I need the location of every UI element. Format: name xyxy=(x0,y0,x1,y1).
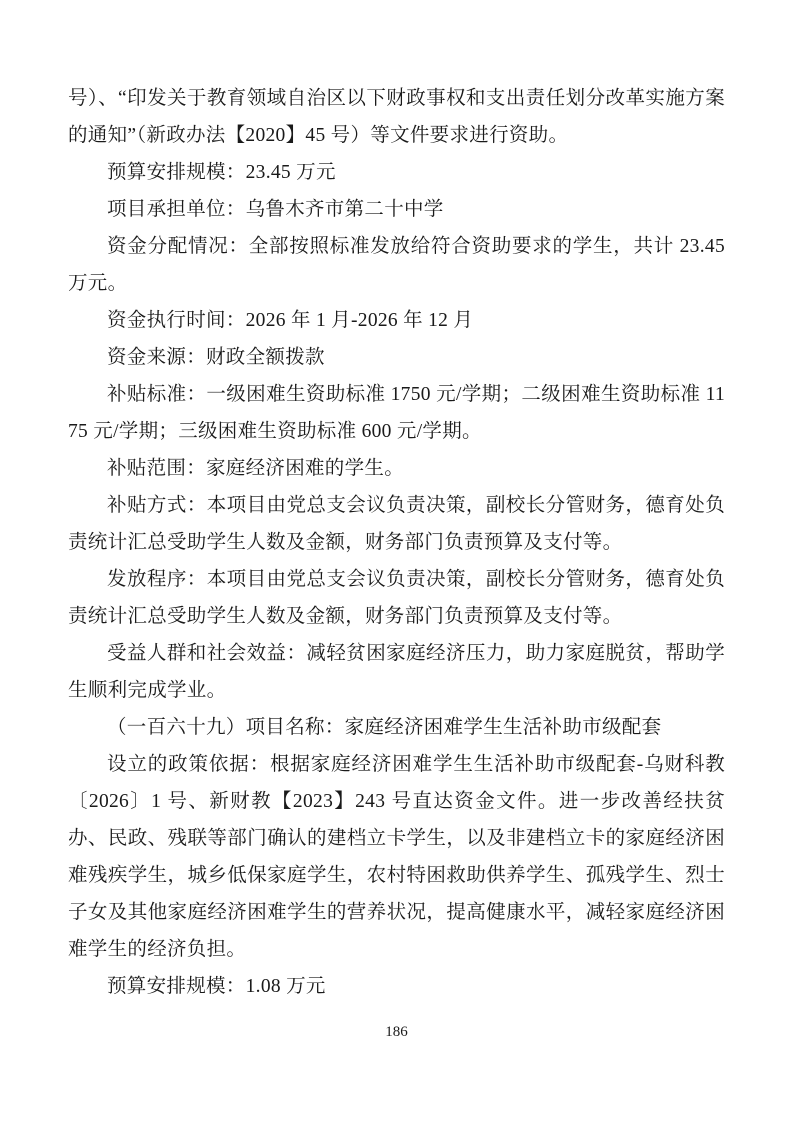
para-subsidy-standard: 补贴标准：一级困难生资助标准 1750 元/学期；二级困难生资助标准 1175 … xyxy=(68,376,725,450)
para-beneficiaries-social-benefit: 受益人群和社会效益：减轻贫困家庭经济压力，助力家庭脱贫，帮助学生顺利完成学业。 xyxy=(68,635,725,709)
para-policy-docs-continuation: 号）、“印发关于教育领域自治区以下财政事权和支出责任划分改革实施方案的通知”（新… xyxy=(68,80,725,154)
para-subsidy-scope: 补贴范围：家庭经济困难的学生。 xyxy=(68,450,725,487)
document-body: 号）、“印发关于教育领域自治区以下财政事权和支出责任划分改革实施方案的通知”（新… xyxy=(68,80,725,1005)
document-page: 号）、“印发关于教育领域自治区以下财政事权和支出责任划分改革实施方案的通知”（新… xyxy=(0,0,793,1122)
para-project-169-name: （一百六十九）项目名称：家庭经济困难学生生活补助市级配套 xyxy=(68,709,725,746)
para-fund-execution-time: 资金执行时间：2026 年 1 月-2026 年 12 月 xyxy=(68,302,725,339)
para-fund-allocation: 资金分配情况：全部按照标准发放给符合资助要求的学生，共计 23.45 万元。 xyxy=(68,228,725,302)
para-fund-source: 资金来源：财政全额拨款 xyxy=(68,339,725,376)
page-number: 186 xyxy=(0,1022,793,1042)
para-budget-scale-project-168: 预算安排规模：23.45 万元 xyxy=(68,154,725,191)
para-subsidy-method: 补贴方式：本项目由党总支会议负责决策，副校长分管财务，德育处负责统计汇总受助学生… xyxy=(68,487,725,561)
para-project-169-policy-basis: 设立的政策依据：根据家庭经济困难学生生活补助市级配套-乌财科教〔2026〕1 号… xyxy=(68,746,725,968)
para-undertaking-unit: 项目承担单位：乌鲁木齐市第二十中学 xyxy=(68,191,725,228)
para-distribution-procedure: 发放程序：本项目由党总支会议负责决策，副校长分管财务，德育处负责统计汇总受助学生… xyxy=(68,561,725,635)
para-budget-scale-project-169: 预算安排规模：1.08 万元 xyxy=(68,968,725,1005)
